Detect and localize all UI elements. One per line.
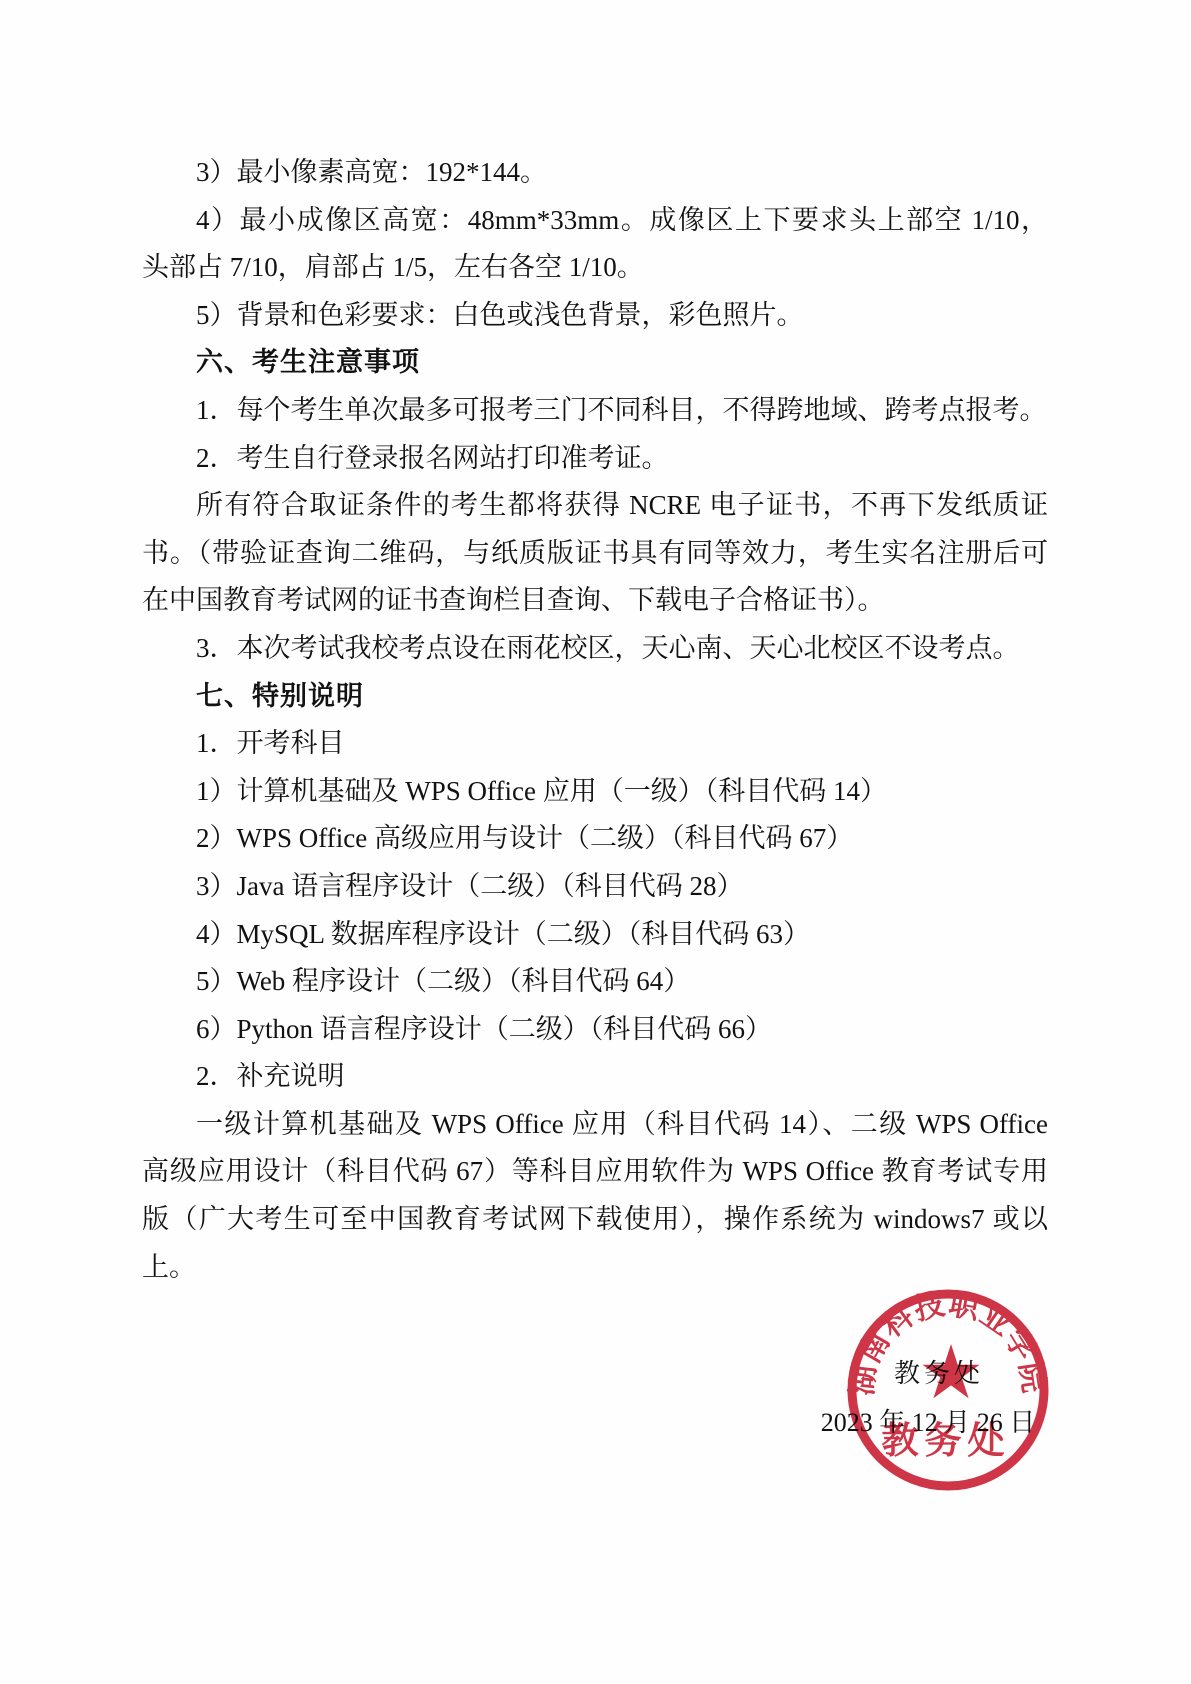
seal-star-icon xyxy=(923,1344,980,1398)
text-line: 高级应用设计（科目代码 67）等科目应用软件为 WPS Office 教育考试专… xyxy=(142,1148,1048,1196)
text-line: 在中国教育考试网的证书查询栏目查询、下载电子合格证书）。 xyxy=(142,577,1048,625)
text-line: 5）Web 程序设计（二级）（科目代码 64） xyxy=(142,958,1048,1006)
text-line: 3）最小像素高宽：192*144。 xyxy=(142,149,1048,197)
text-line: 六、考生注意事项 xyxy=(142,339,1048,387)
text-line: 3．本次考试我校考点设在雨花校区，天心南、天心北校区不设考点。 xyxy=(142,625,1048,673)
text-line: 书。（带验证查询二维码，与纸质版证书具有同等效力，考生实名注册后可 xyxy=(142,530,1048,578)
text-line: 七、特别说明 xyxy=(142,673,1048,721)
text-line: 2）WPS Office 高级应用与设计（二级）（科目代码 67） xyxy=(142,815,1048,863)
text-line: 头部占 7/10，肩部占 1/5，左右各空 1/10。 xyxy=(142,244,1048,292)
text-line: 4）MySQL 数据库程序设计（二级）（科目代码 63） xyxy=(142,911,1048,959)
text-line: 2．考生自行登录报名网站打印准考证。 xyxy=(142,435,1048,483)
text-line: 版（广大考生可至中国教育考试网下载使用），操作系统为 windows7 或以 xyxy=(142,1196,1048,1244)
text-line: 1．开考科目 xyxy=(142,720,1048,768)
text-line: 4）最小成像区高宽：48mm*33mm。成像区上下要求头上部空 1/10， xyxy=(142,197,1048,245)
text-line: 1）计算机基础及 WPS Office 应用（一级）（科目代码 14） xyxy=(142,768,1048,816)
text-line: 一级计算机基础及 WPS Office 应用（科目代码 14）、二级 WPS O… xyxy=(142,1101,1048,1149)
text-line: 1．每个考生单次最多可报考三门不同科目，不得跨地域、跨考点报考。 xyxy=(142,387,1048,435)
text-line: 所有符合取证条件的考生都将获得 NCRE 电子证书，不再下发纸质证 xyxy=(142,482,1048,530)
text-line: 5）背景和色彩要求：白色或浅色背景，彩色照片。 xyxy=(142,292,1048,340)
document-body: 3）最小像素高宽：192*144。4）最小成像区高宽：48mm*33mm。成像区… xyxy=(142,149,1048,1291)
text-line: 3）Java 语言程序设计（二级）（科目代码 28） xyxy=(142,863,1048,911)
official-seal: 湖南科技职业学院 教务处 xyxy=(843,1285,1053,1495)
seal-bottom-text: 教务处 xyxy=(882,1420,1011,1462)
text-line: 6）Python 语言程序设计（二级）（科目代码 66） xyxy=(142,1006,1048,1054)
text-line: 2．补充说明 xyxy=(142,1053,1048,1101)
